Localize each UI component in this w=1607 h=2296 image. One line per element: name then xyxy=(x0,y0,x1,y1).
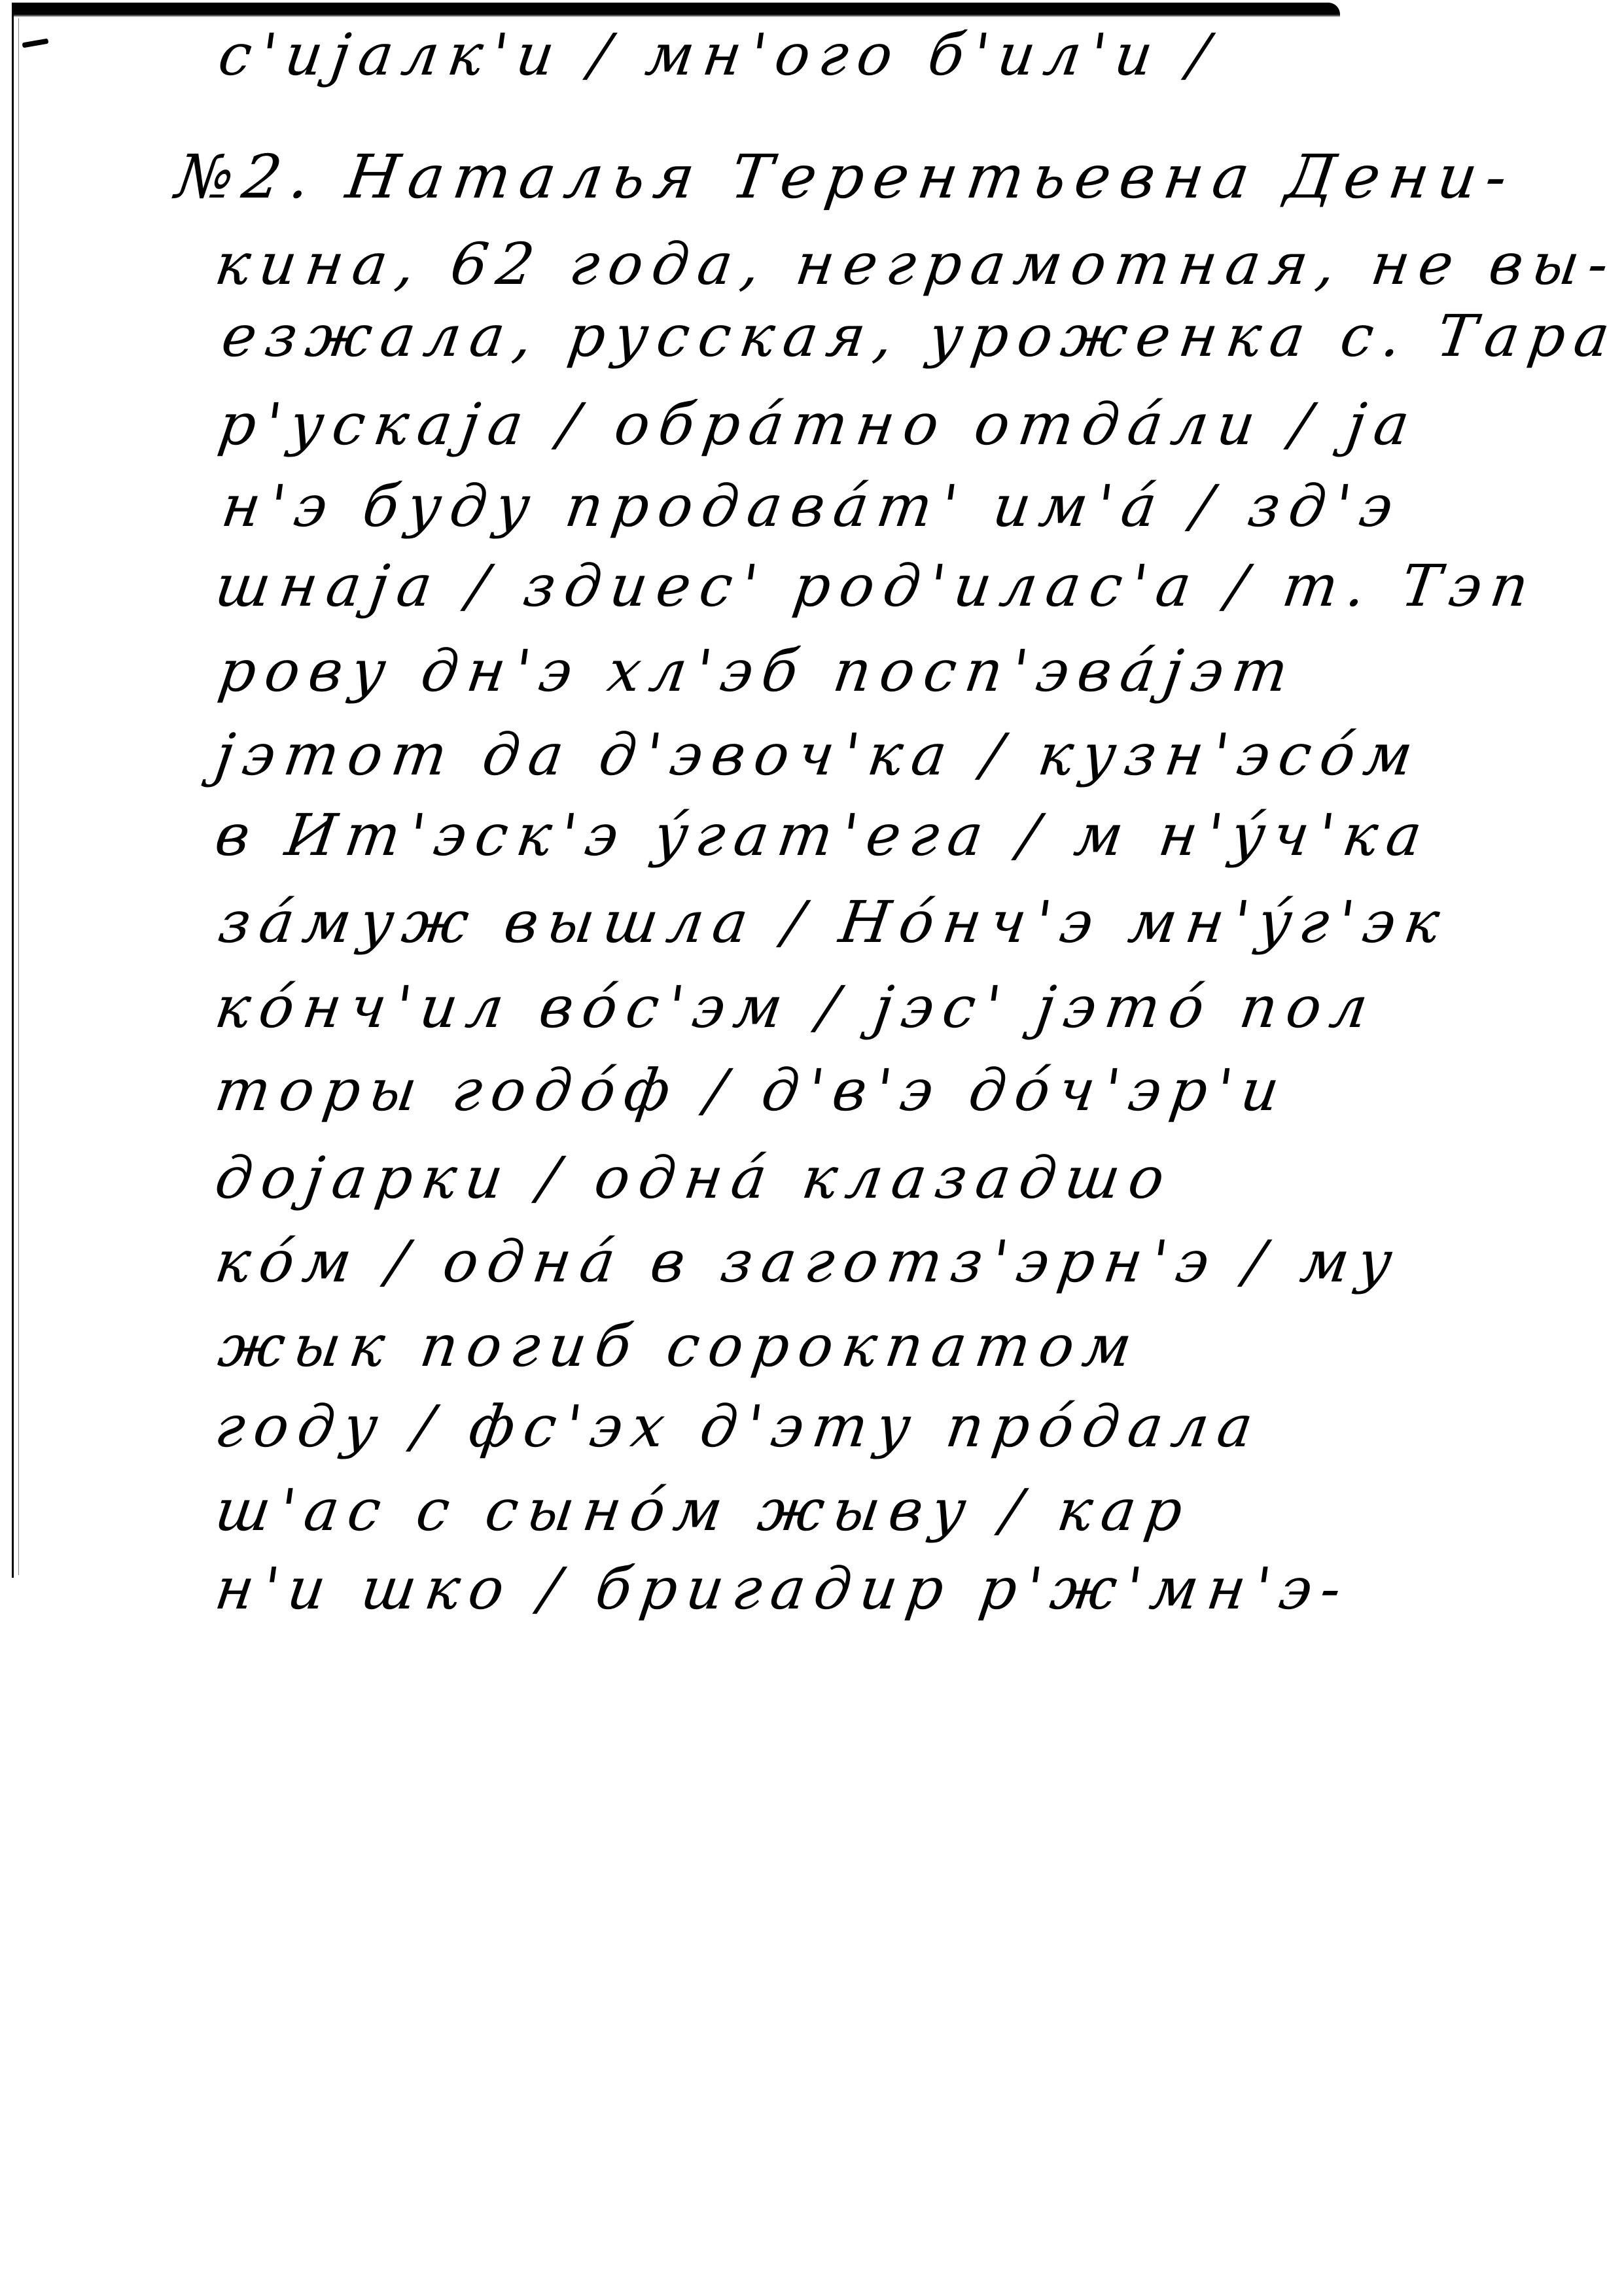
text-line-18: ш'ас с сынóм жыву / кар xyxy=(212,1482,1195,1539)
text-line-6: н'э буду продавáт' им'á / зд'э xyxy=(219,478,1405,535)
text-line-1: с'ијалк'и / мн'ого б'ил'и / xyxy=(215,26,1222,84)
text-line-4: езжала, русская, уроженка с. Тарасов. xyxy=(219,307,1607,365)
corner-mark xyxy=(22,39,49,48)
text-line-9: јэтот да д'эвоч'ка / кузн'эсóм xyxy=(212,726,1425,784)
text-line-10: в Ит'эск'э ýгат'ега / м н'ýч'ка xyxy=(212,807,1434,864)
text-line-17: году / фс'эх д'эту прóдала xyxy=(212,1398,1265,1455)
text-line-8: рову дн'э хл'эб посп'эвáјэт xyxy=(215,642,1301,700)
text-line-14: дојарки / однá клазадшо xyxy=(212,1149,1177,1207)
text-line-19: н'и шко / бригадир р'ж'мн'э- xyxy=(212,1560,1354,1618)
text-line-3: кина, 62 года, неграмотная, не вы- xyxy=(212,235,1607,293)
text-line-5: р'ускаја / обрáтно отдáли / ја xyxy=(215,396,1422,453)
text-line-11: зáмуж вышла / Нóнч'э мн'ýг'эк xyxy=(215,894,1452,951)
text-line-13: торы годóф / д'в'э дóч'эр'и xyxy=(212,1062,1292,1119)
scan-top-border-shadow xyxy=(12,14,1340,17)
entry-heading-line: №2. Наталья Терентьевна Дени- xyxy=(173,147,1520,207)
text-line-16: жык погиб сорокпатом xyxy=(215,1317,1144,1375)
scan-left-border-inner xyxy=(18,18,19,1575)
scan-left-border xyxy=(12,14,14,1578)
text-line-12: кóнч'ил вóс'эм / јэс' јэтó пол xyxy=(212,979,1381,1036)
text-line-7: шнаја / здиес' род'илас'а / т. Тэп xyxy=(212,557,1542,615)
text-line-15: кóм / однá в заготз'эрн'э / му xyxy=(212,1233,1405,1291)
scan-top-border-bar xyxy=(12,3,1340,16)
scanned-page: с'ијалк'и / мн'ого б'ил'и / №2. Наталья … xyxy=(0,0,1607,2296)
